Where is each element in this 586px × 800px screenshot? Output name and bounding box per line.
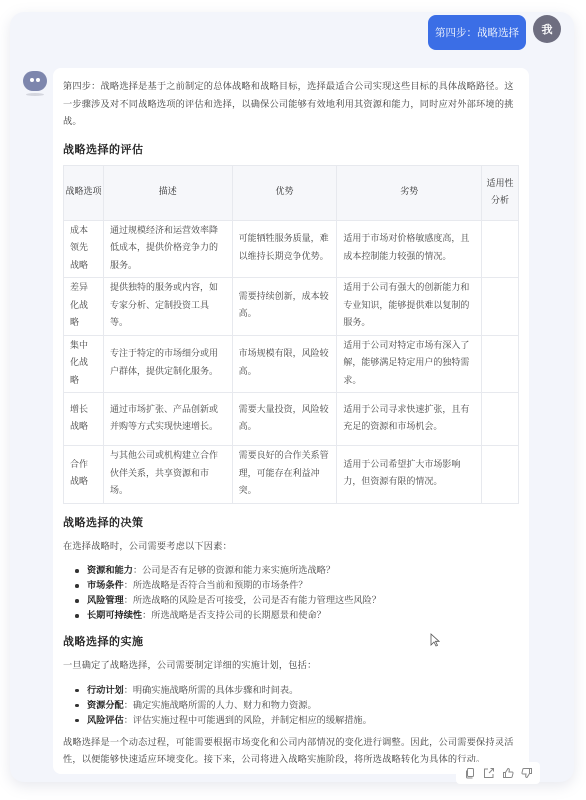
- list-item-text: ：所选战略的风险是否可接受，公司是否有能力管理这些风险？: [124, 595, 381, 606]
- decision-lead: 在选择战略时，公司需要考虑以下因素：: [63, 538, 520, 556]
- table-cell: 差异化战略: [64, 278, 104, 336]
- bot-avatar-shadow: [26, 93, 44, 96]
- user-avatar: 我: [533, 15, 561, 43]
- table-row: 成本领先战略 通过规模经济和运营效率降低成本，提供价格竞争力的服务。 可能牺牲服…: [64, 220, 519, 278]
- user-message-text: 第四步：战略选择: [435, 25, 519, 40]
- mouse-cursor-icon: [430, 633, 440, 647]
- table-cell: 适用于公司寻求快速扩张，且有充足的资源和市场机会。: [337, 393, 482, 446]
- list-item-term: 风险管理: [87, 595, 124, 606]
- table-cell: 需要大量投资，风险较高。: [232, 393, 337, 446]
- list-item: 长期可持续性：所选战略是否支持公司的长期愿景和使命？: [63, 608, 520, 623]
- table-header: 优势: [232, 165, 337, 220]
- table-cell: 与其他公司或机构建立合作伙伴关系，共享资源和市场。: [103, 446, 232, 504]
- table-cell: 需要持续创新，成本较高。: [232, 278, 337, 336]
- table-cell: 通过市场扩张、产品创新或并购等方式实现快速增长。: [103, 393, 232, 446]
- table-cell: 适用于公司有强大的创新能力和专业知识，能够提供难以复制的服务。: [337, 278, 482, 336]
- table-header: 劣势: [337, 165, 482, 220]
- thumbs-up-icon[interactable]: [501, 766, 515, 780]
- list-item-term: 资源和能力: [87, 565, 133, 576]
- list-item-term: 市场条件: [87, 580, 124, 591]
- share-icon[interactable]: [482, 766, 496, 780]
- implementation-lead: 一旦确定了战略选择，公司需要制定详细的实施计划，包括：: [63, 657, 520, 675]
- list-item: 风险评估：评估实施过程中可能遇到的风险，并制定相应的缓解措施。: [63, 713, 520, 728]
- bot-eye-left: [30, 78, 34, 82]
- list-item: 资源分配：确定实施战略所需的人力、财力和物力资源。: [63, 698, 520, 713]
- table-cell: [482, 278, 519, 336]
- table-cell: 适用于公司对特定市场有深入了解，能够满足特定用户的独特需求。: [337, 335, 482, 393]
- table-row: 差异化战略 提供独特的服务或内容，如专家分析、定制投资工具等。 需要持续创新，成…: [64, 278, 519, 336]
- copy-icon[interactable]: [463, 766, 477, 780]
- table-cell: 需要良好的合作关系管理，可能存在利益冲突。: [232, 446, 337, 504]
- conclusion-paragraph: 战略选择是一个动态过程，可能需要根据市场变化和公司内部情况的变化进行调整。因此，…: [63, 734, 520, 769]
- list-item-term: 风险评估: [87, 715, 124, 726]
- table-cell: 通过规模经济和运营效率降低成本，提供价格竞争力的服务。: [103, 220, 232, 278]
- table-cell: 提供独特的服务或内容，如专家分析、定制投资工具等。: [103, 278, 232, 336]
- table-header-row: 战略选项 描述 优势 劣势 适用性分析: [64, 165, 519, 220]
- table-cell: 适用于市场对价格敏感度高，且成本控制能力较强的情况。: [337, 220, 482, 278]
- intro-paragraph: 第四步：战略选择是基于之前制定的总体战略和战略目标，选择最适合公司实现这些目标的…: [63, 78, 520, 131]
- list-item-text: ：所选战略是否符合当前和预期的市场条件？: [124, 580, 308, 591]
- strategy-table: 战略选项 描述 优势 劣势 适用性分析 成本领先战略 通过规模经济和运营效率降低…: [63, 165, 519, 504]
- user-avatar-label: 我: [542, 21, 553, 37]
- table-cell: 集中化战略: [64, 335, 104, 393]
- table-cell: [482, 446, 519, 504]
- list-item: 资源和能力：公司是否有足够的资源和能力来实施所选战略？: [63, 563, 520, 578]
- list-item-text: ：评估实施过程中可能遇到的风险，并制定相应的缓解措施。: [124, 715, 372, 726]
- table-cell: 增长战略: [64, 393, 104, 446]
- implementation-list: 行动计划：明确实施战略所需的具体步骤和时间表。 资源分配：确定实施战略所需的人力…: [63, 683, 520, 728]
- table-header: 战略选项: [64, 165, 104, 220]
- list-item-text: ：公司是否有足够的资源和能力来实施所选战略？: [133, 565, 335, 576]
- table-cell: [482, 335, 519, 393]
- table-cell: 成本领先战略: [64, 220, 104, 278]
- section-title-implementation: 战略选择的实施: [63, 633, 520, 649]
- list-item-text: ：明确实施战略所需的具体步骤和时间表。: [124, 685, 299, 696]
- list-item-term: 行动计划: [87, 685, 124, 696]
- list-item: 风险管理：所选战略的风险是否可接受，公司是否有能力管理这些风险？: [63, 593, 520, 608]
- assistant-message-card: 第四步：战略选择是基于之前制定的总体战略和战略目标，选择最适合公司实现这些目标的…: [53, 68, 529, 774]
- user-message-bubble: 第四步：战略选择: [428, 15, 526, 50]
- table-header: 适用性分析: [482, 165, 519, 220]
- list-item-text: ：所选战略是否支持公司的长期愿景和使命？: [142, 610, 326, 621]
- table-header: 描述: [103, 165, 232, 220]
- bot-eye-right: [36, 78, 40, 82]
- table-cell: [482, 393, 519, 446]
- section-title-decision: 战略选择的决策: [63, 514, 520, 530]
- list-item-text: ：确定实施战略所需的人力、财力和物力资源。: [124, 700, 317, 711]
- table-row: 集中化战略 专注于特定的市场细分或用户群体，提供定制化服务。 市场规模有限，风险…: [64, 335, 519, 393]
- table-cell: 可能牺牲服务质量，难以维持长期竞争优势。: [232, 220, 337, 278]
- table-row: 增长战略 通过市场扩张、产品创新或并购等方式实现快速增长。 需要大量投资，风险较…: [64, 393, 519, 446]
- table-cell: 合作战略: [64, 446, 104, 504]
- list-item: 行动计划：明确实施战略所需的具体步骤和时间表。: [63, 683, 520, 698]
- list-item: 市场条件：所选战略是否符合当前和预期的市场条件？: [63, 578, 520, 593]
- table-cell: [482, 220, 519, 278]
- table-cell: 市场规模有限，风险较高。: [232, 335, 337, 393]
- thumbs-down-icon[interactable]: [520, 766, 534, 780]
- decision-factors-list: 资源和能力：公司是否有足够的资源和能力来实施所选战略？ 市场条件：所选战略是否符…: [63, 563, 520, 623]
- message-actions-bar: [456, 762, 540, 784]
- section-title-evaluation: 战略选择的评估: [63, 141, 520, 157]
- list-item-term: 长期可持续性: [87, 610, 142, 621]
- table-cell: 适用于公司希望扩大市场影响力，但资源有限的情况。: [337, 446, 482, 504]
- table-cell: 专注于特定的市场细分或用户群体，提供定制化服务。: [103, 335, 232, 393]
- bot-avatar-icon: [23, 71, 47, 91]
- list-item-term: 资源分配: [87, 700, 124, 711]
- table-row: 合作战略 与其他公司或机构建立合作伙伴关系，共享资源和市场。 需要良好的合作关系…: [64, 446, 519, 504]
